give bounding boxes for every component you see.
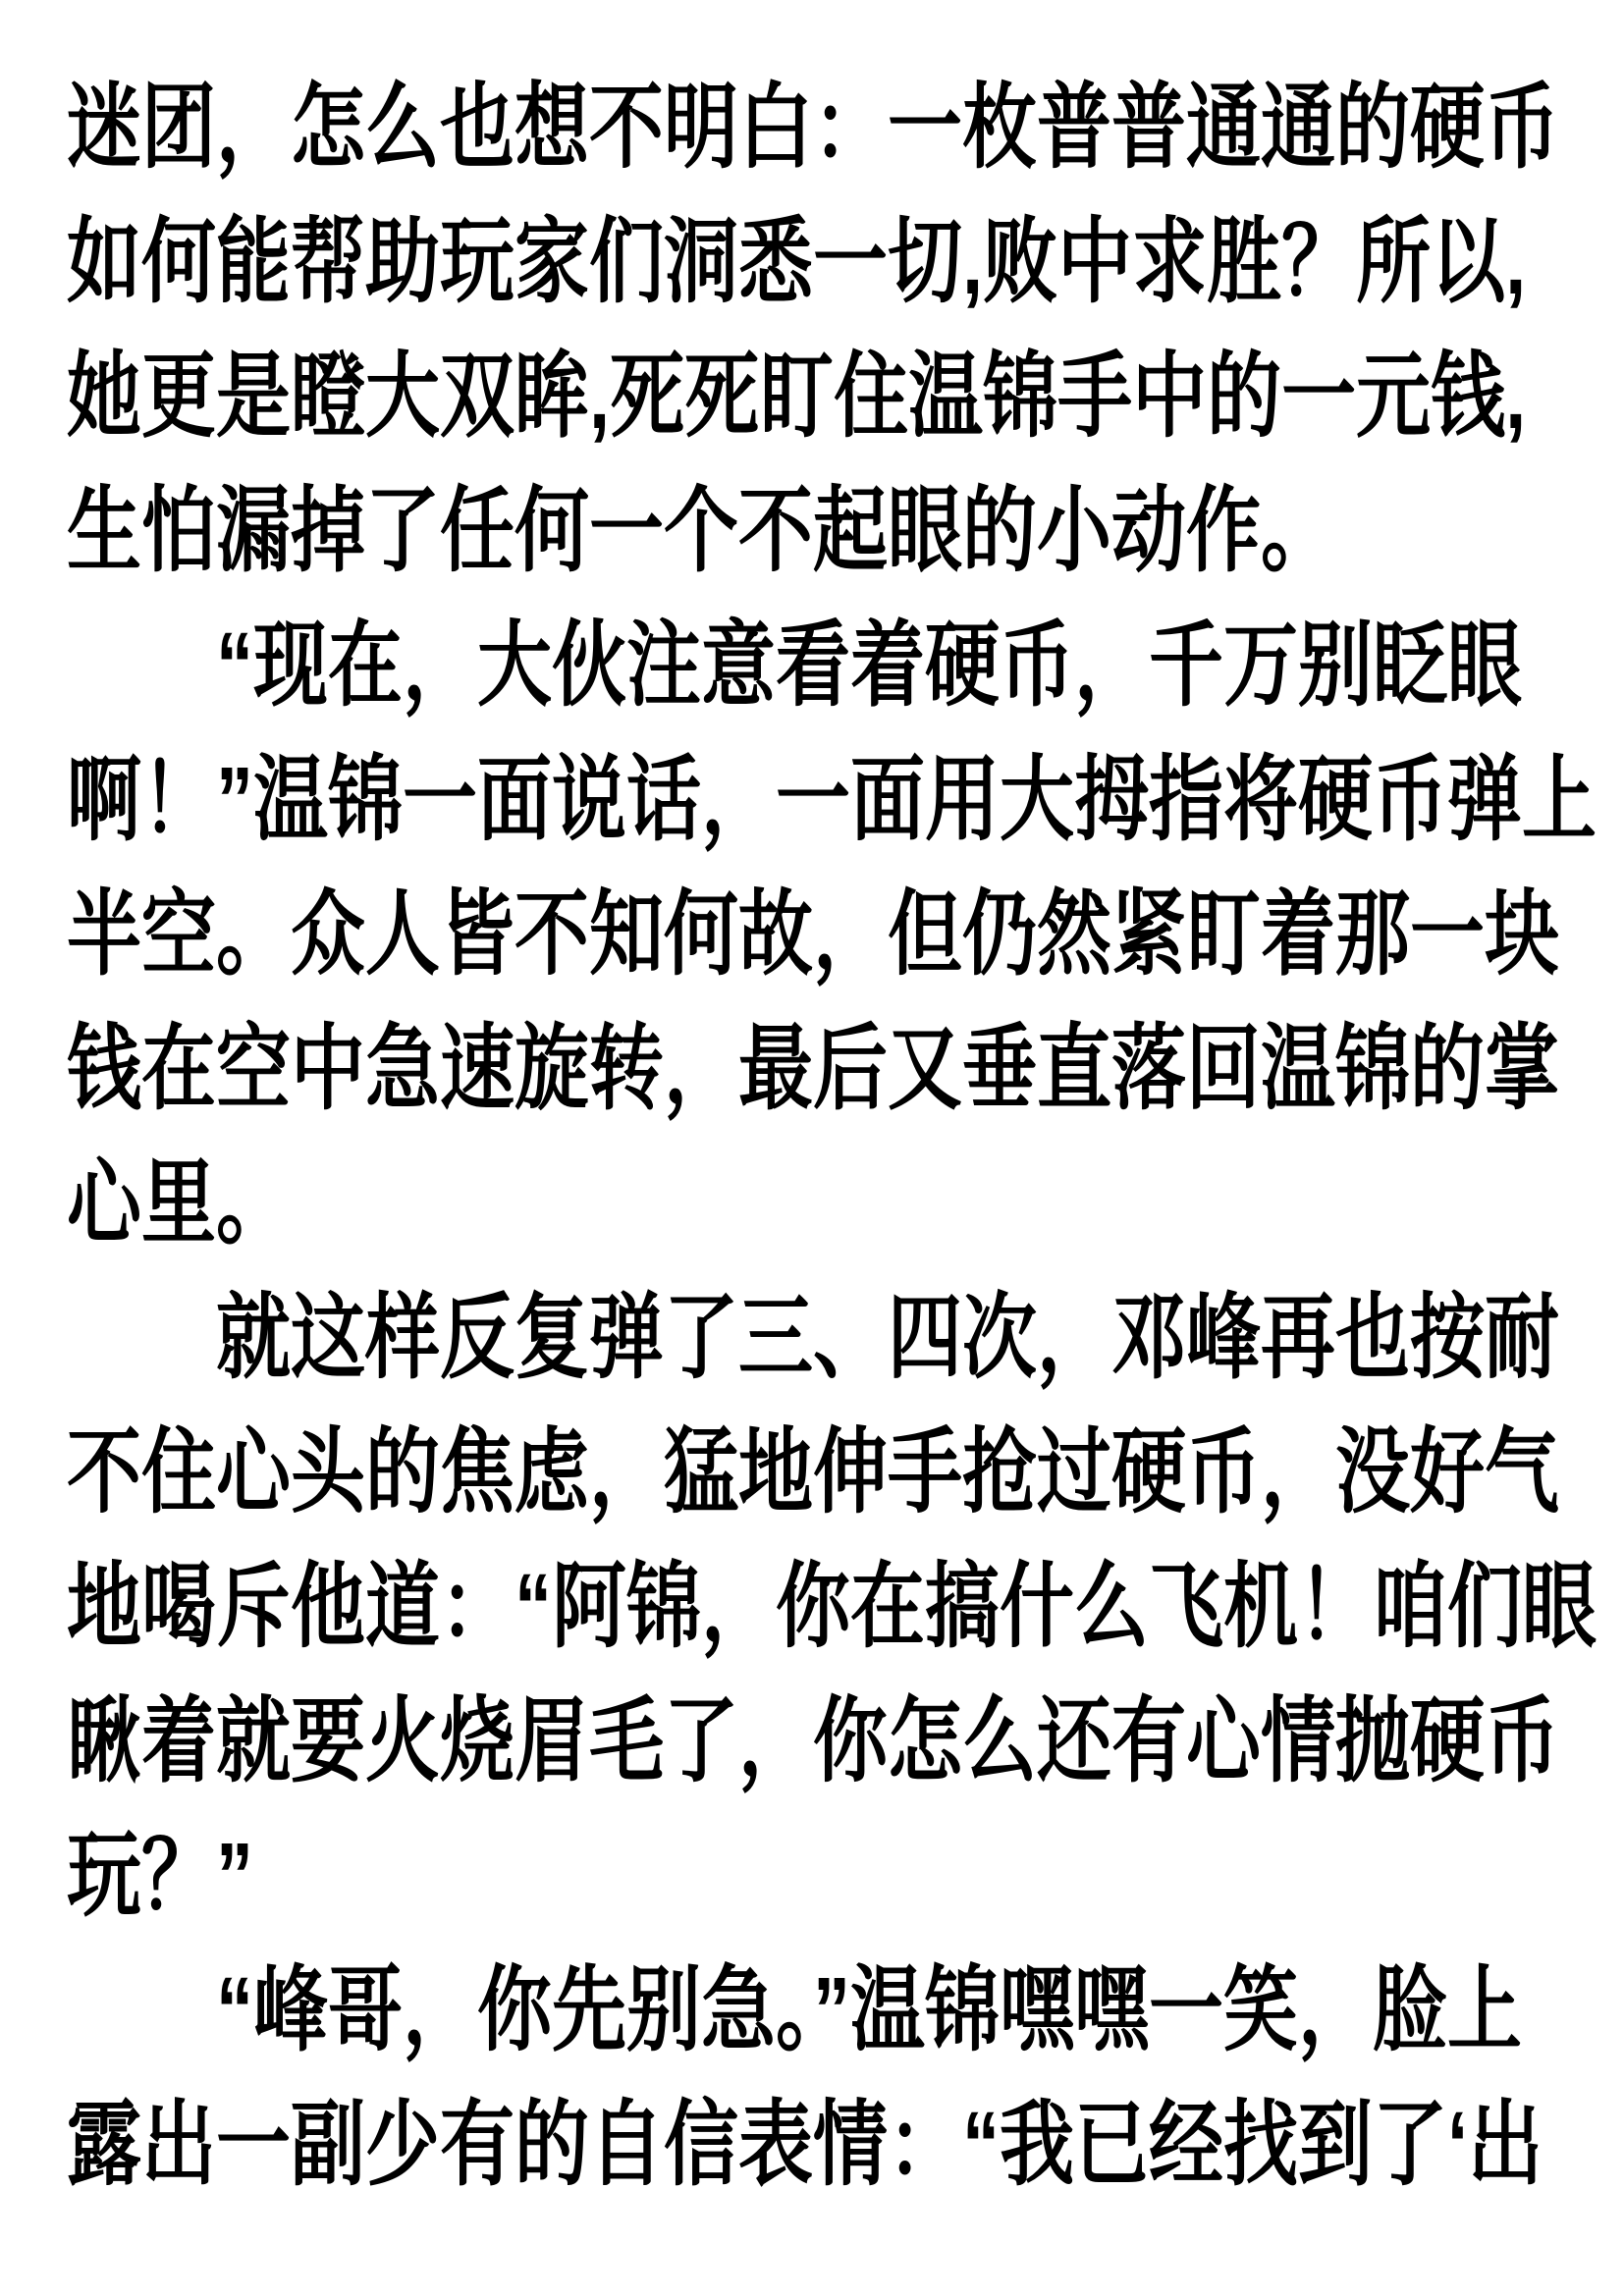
- text-line: “峰哥，你先别急。”温锦嘿嘿一笑，脸上: [67, 1944, 1313, 2078]
- text-line: 就这样反复弹了三、四次，邓峰再也按耐: [67, 1271, 1313, 1406]
- text-line: 半空。众人皆不知何故，但仍然紧盯着那一块: [67, 868, 1313, 1002]
- text-line: 露出一副少有的自信表情：“我已经找到了‘出: [67, 2078, 1313, 2213]
- text-line: 她更是瞪大双眸,死死盯住温锦手中的一元钱,: [67, 330, 1313, 464]
- text-line: 心里。: [67, 1137, 1313, 1271]
- text-line: 不住心头的焦虑，猛地伸手抢过硬币，没好气: [67, 1406, 1313, 1540]
- text-line: 迷团，怎么也想不明白：一枚普普通通的硬币: [67, 61, 1313, 195]
- page: 迷团，怎么也想不明白：一枚普普通通的硬币如何能帮助玩家们洞悉一切,败中求胜？所以…: [0, 0, 1624, 2296]
- text-line: 啊！”温锦一面说话，一面用大拇指将硬币弹上: [67, 733, 1313, 868]
- text-block: 迷团，怎么也想不明白：一枚普普通通的硬币如何能帮助玩家们洞悉一切,败中求胜？所以…: [67, 61, 1624, 2213]
- text-line: 如何能帮助玩家们洞悉一切,败中求胜？所以,: [67, 195, 1313, 330]
- text-line: 玩？”: [67, 1809, 1313, 1944]
- text-line: 瞅着就要火烧眉毛了，你怎么还有心情抛硬币: [67, 1675, 1313, 1809]
- text-line: “现在，大伙注意看着硬币，千万别眨眼: [67, 599, 1313, 733]
- text-line: 地喝斥他道：“阿锦，你在搞什么飞机！咱们眼: [67, 1540, 1313, 1675]
- text-line: 钱在空中急速旋转，最后又垂直落回温锦的掌: [67, 1002, 1313, 1137]
- text-line: 生怕漏掉了任何一个不起眼的小动作。: [67, 464, 1313, 599]
